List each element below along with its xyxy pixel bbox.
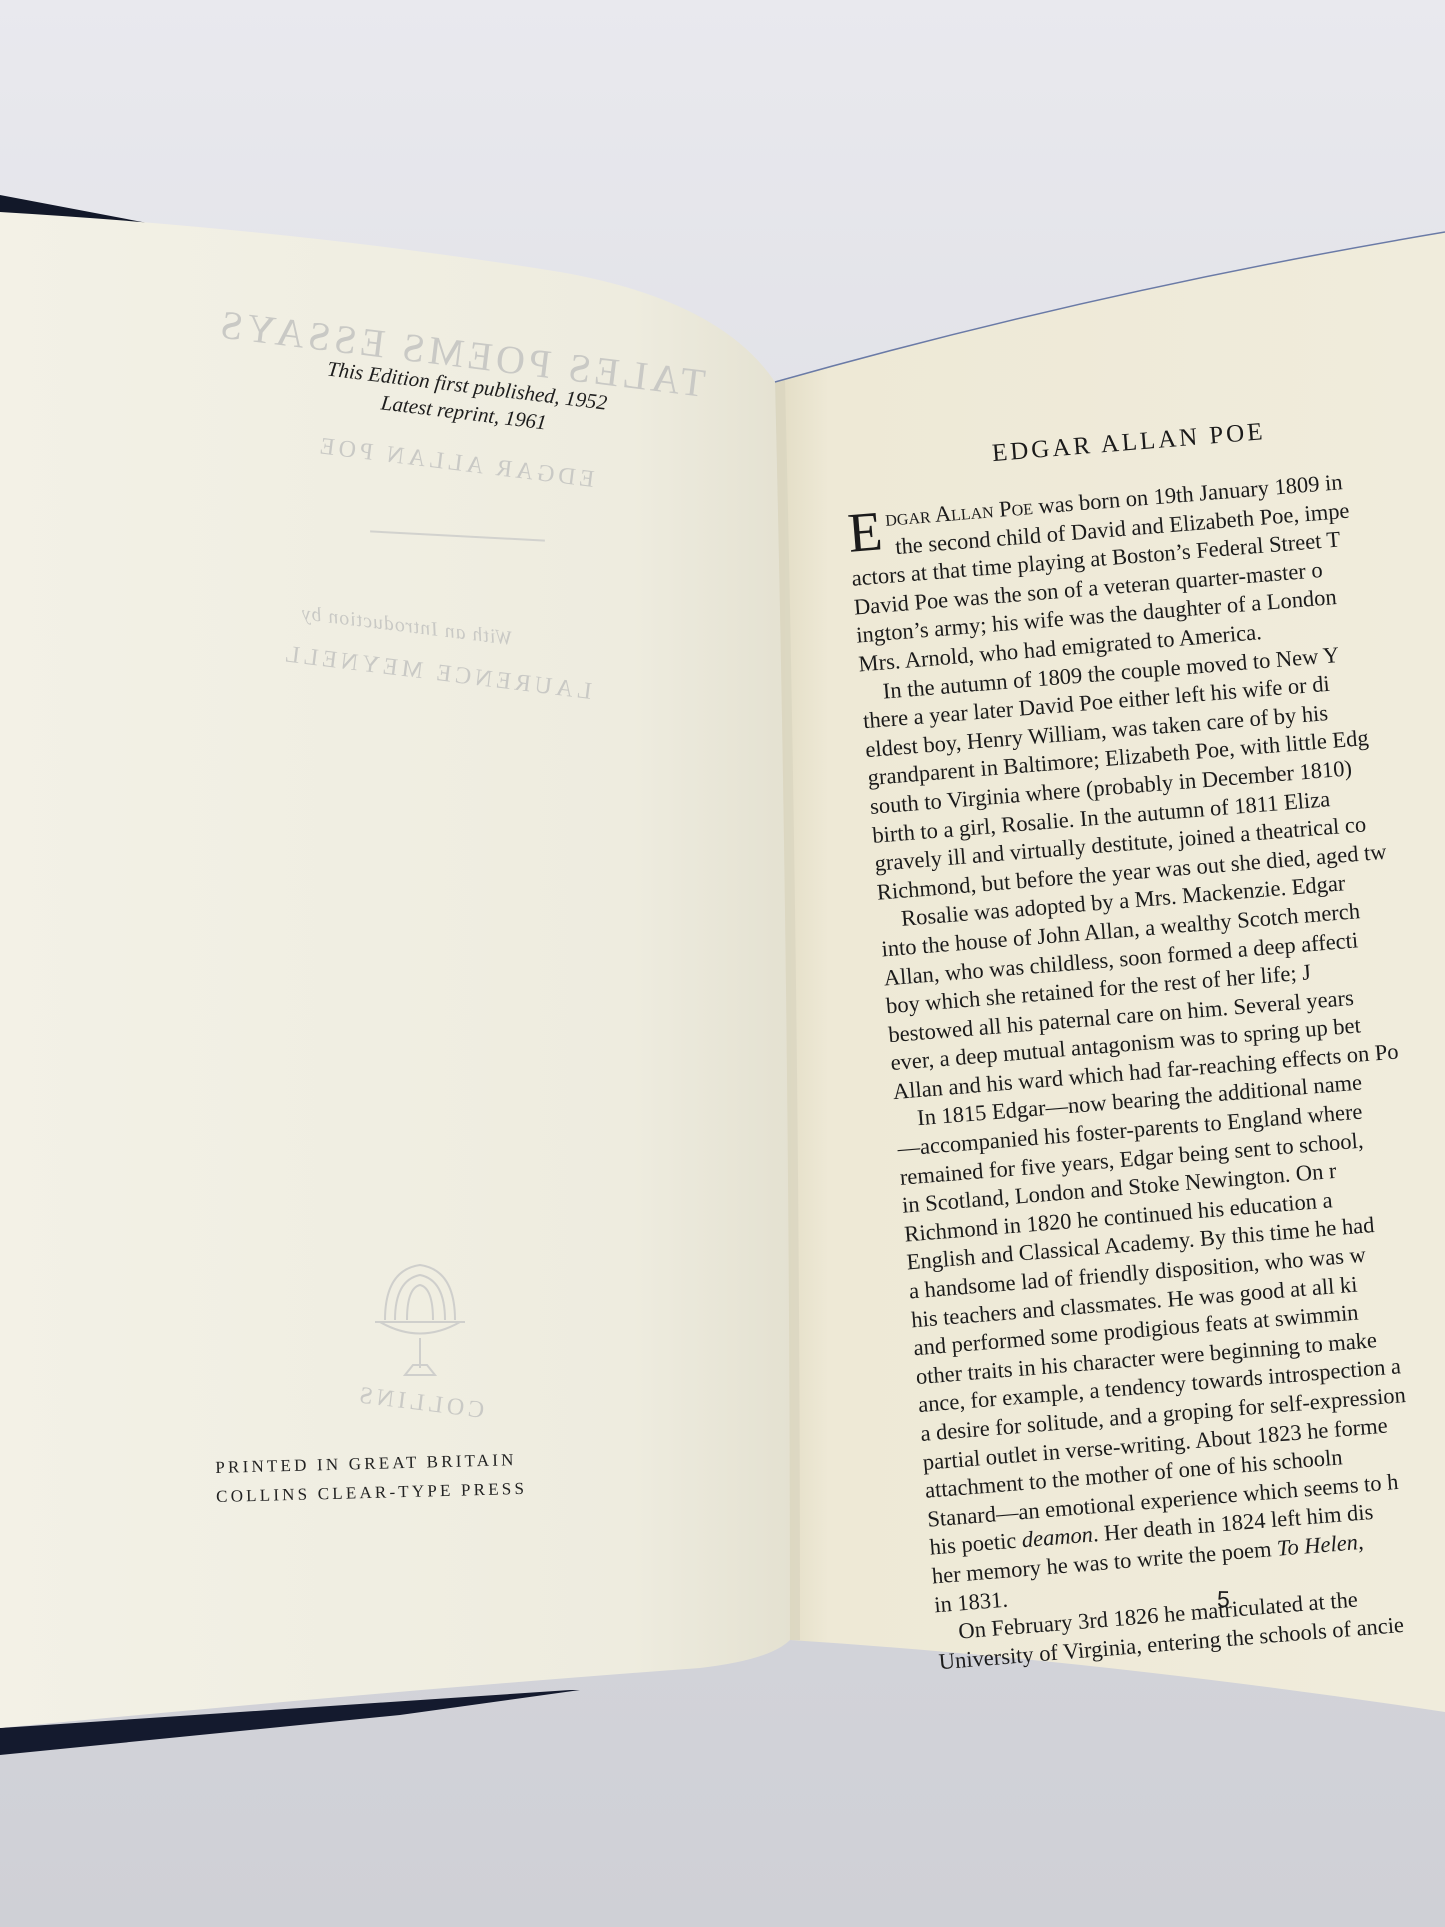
fountain-logo-icon: [365, 1250, 475, 1390]
page-number: 5: [1217, 1586, 1230, 1613]
dropcap: E: [846, 507, 884, 558]
chapter-text: EDGAR ALLAN POE Edgar Allan Poe was born…: [846, 450, 1445, 1676]
printer-imprint: PRINTED IN GREAT BRITAIN COLLINS CLEAR-T…: [215, 1445, 527, 1511]
